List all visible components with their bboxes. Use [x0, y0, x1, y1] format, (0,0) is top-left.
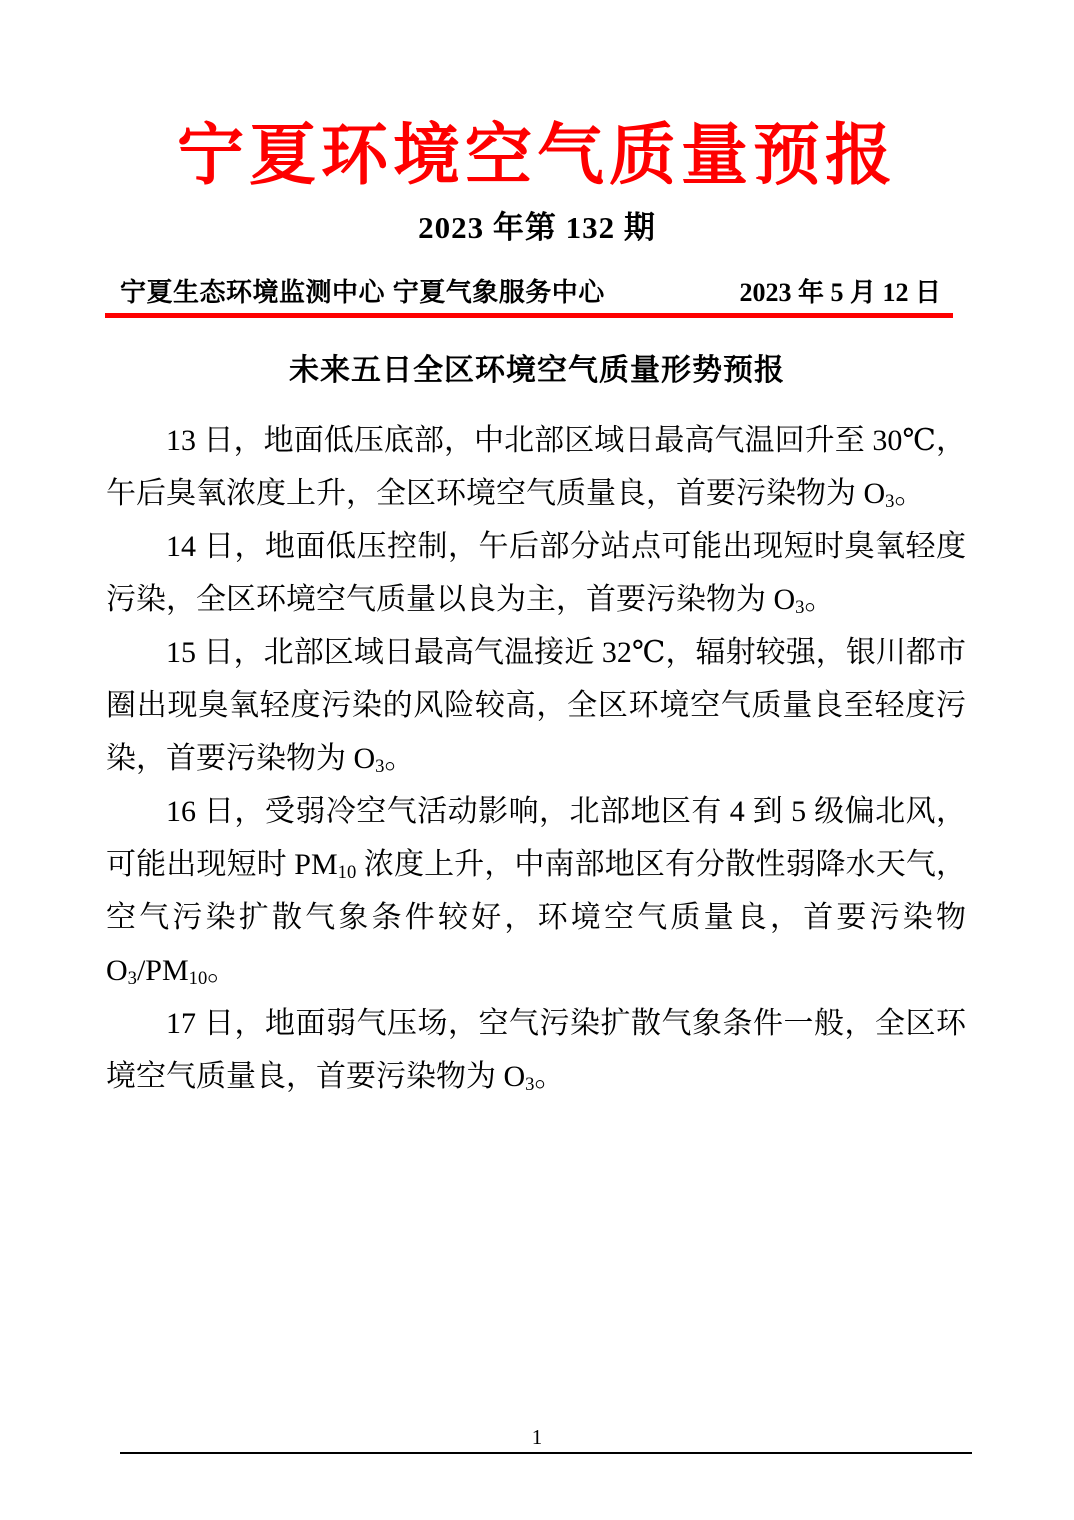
header-row: 宁夏生态环境监测中心 宁夏气象服务中心 2023 年 5 月 12 日: [120, 276, 941, 309]
forecast-paragraph: 14 日，地面低压控制，午后部分站点可能出现短时臭氧轻度污染，全区环境空气质量以…: [106, 520, 966, 626]
paragraph-text: 15 日，北部区域日最高气温接近 32℃，辐射较强，银川都市圈出现臭氧轻度污染的…: [106, 636, 966, 775]
paragraph-text: 13 日，地面低压底部，中北部区域日最高气温回升至 30℃，午后臭氧浓度上升，全…: [106, 424, 966, 510]
pollutant-subscript: 10: [189, 968, 208, 989]
paragraph-text: /PM: [137, 954, 189, 987]
pollutant-subscript: 10: [338, 862, 357, 883]
issue-date: 2023 年 5 月 12 日: [739, 277, 941, 309]
footer-rule: [120, 1452, 972, 1454]
paragraph-text: 。: [384, 742, 414, 775]
issue-number: 2023 年第 132 期: [0, 210, 1074, 246]
header-red-rule: [105, 313, 953, 318]
document-title: 宁夏环境空气质量预报: [0, 0, 1074, 196]
paragraph-text: 。: [207, 954, 237, 987]
forecast-paragraph: 13 日，地面低压底部，中北部区域日最高气温回升至 30℃，午后臭氧浓度上升，全…: [106, 414, 966, 520]
document-page: 宁夏环境空气质量预报 2023 年第 132 期 宁夏生态环境监测中心 宁夏气象…: [0, 0, 1074, 1520]
forecast-body: 13 日，地面低压底部，中北部区域日最高气温回升至 30℃，午后臭氧浓度上升，全…: [106, 414, 966, 1103]
paragraph-text: 。: [894, 477, 924, 510]
paragraph-text: 14 日，地面低压控制，午后部分站点可能出现短时臭氧轻度污染，全区环境空气质量以…: [106, 530, 966, 616]
page-number: 1: [0, 1424, 1074, 1450]
paragraph-text: 。: [534, 1060, 564, 1093]
issuing-agencies: 宁夏生态环境监测中心 宁夏气象服务中心: [120, 276, 605, 308]
section-title: 未来五日全区环境空气质量形势预报: [0, 354, 1074, 388]
paragraph-text: 。: [804, 583, 834, 616]
pollutant-subscript: 3: [128, 968, 137, 989]
forecast-paragraph: 17 日，地面弱气压场，空气污染扩散气象条件一般，全区环境空气质量良，首要污染物…: [106, 997, 966, 1103]
forecast-paragraph: 16 日，受弱冷空气活动影响，北部地区有 4 到 5 级偏北风，可能出现短时 P…: [106, 785, 966, 997]
forecast-paragraph: 15 日，北部区域日最高气温接近 32℃，辐射较强，银川都市圈出现臭氧轻度污染的…: [106, 626, 966, 785]
